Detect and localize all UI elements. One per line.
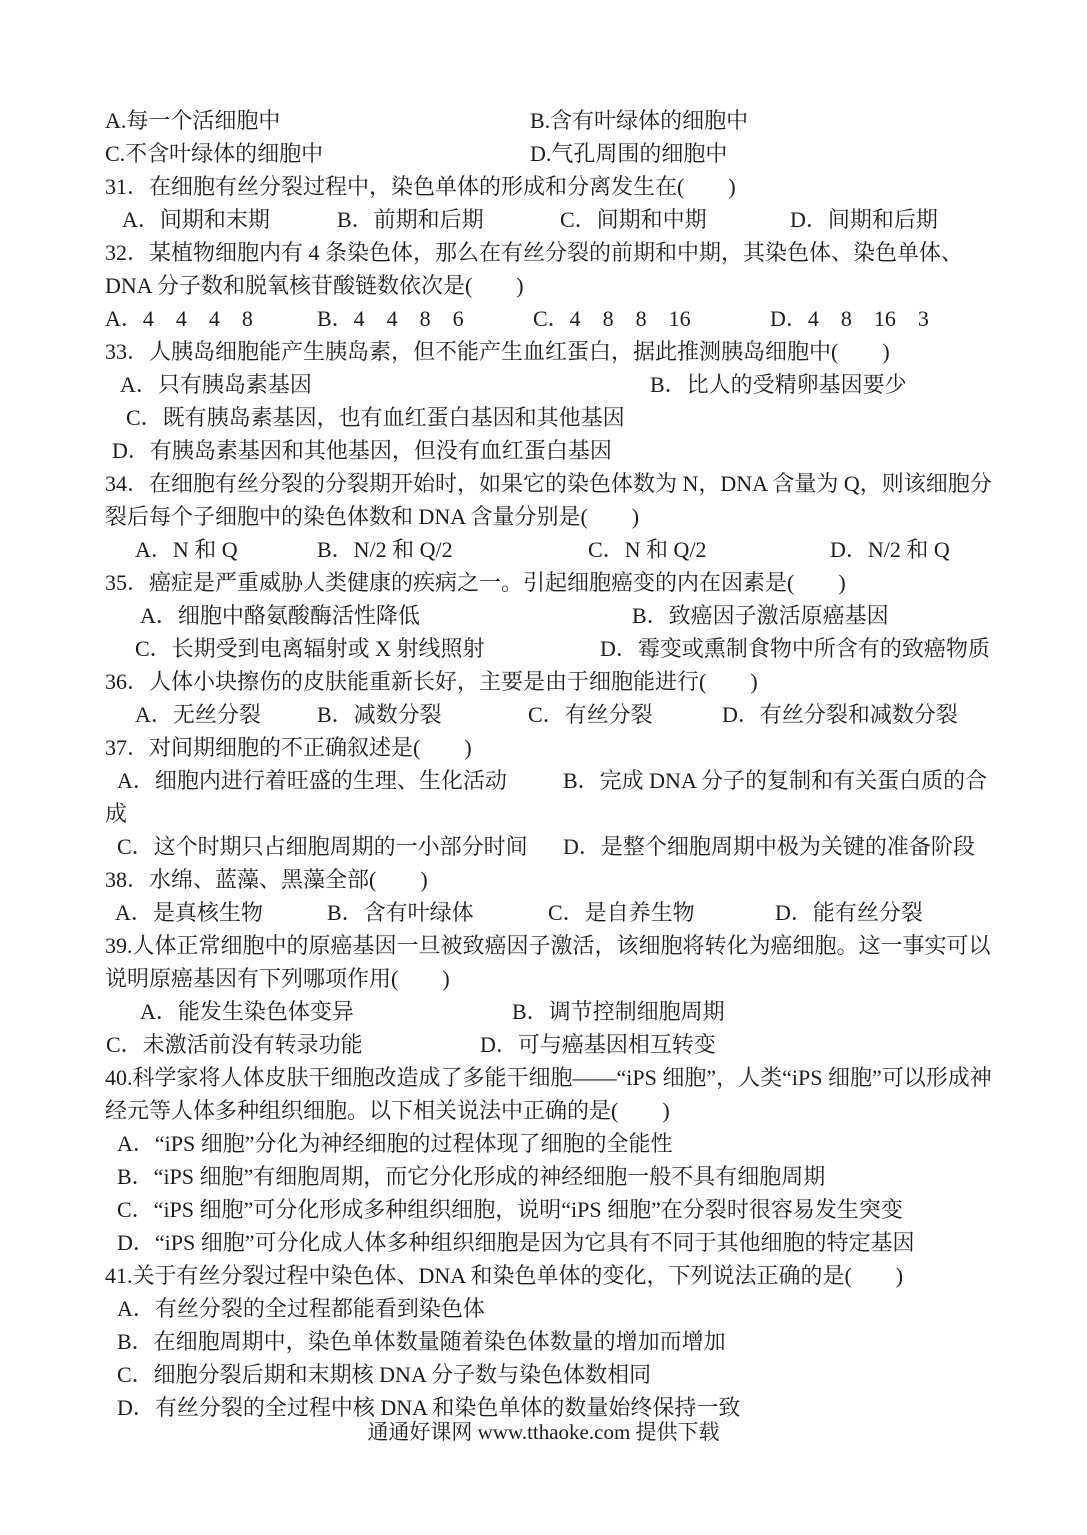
exam-page: A.每一个活细胞中B.含有叶绿体的细胞中C.不含叶绿体的细胞中D.气孔周围的细胞… [0, 0, 1087, 1535]
option-d: D．能有丝分裂 [775, 896, 923, 929]
option-c: C．未激活前没有转录功能 [106, 1028, 363, 1061]
option-a: A．只有胰岛素基因 [120, 368, 312, 401]
option-d: D．是整个细胞周期中极为关键的准备阶段 [563, 830, 975, 863]
question-stem: 36．人体小块擦伤的皮肤能重新长好，主要是由于细胞能进行( ) [105, 665, 758, 698]
option-a: A．N 和 Q [135, 533, 238, 566]
option-c: C．N 和 Q/2 [588, 533, 707, 566]
option-c: C．这个时期只占细胞周期的一小部分时间 [117, 830, 528, 863]
option-c: C．既有胰岛素基因，也有血红蛋白基因和其他基因 [126, 401, 625, 434]
stem-continuation: DNA 分子数和脱氧核苷酸链数依次是( ) [105, 269, 524, 302]
question-stem: 35．癌症是严重威胁人类健康的疾病之一。引起细胞癌变的内在因素是( ) [105, 566, 846, 599]
question-stem: 38．水绵、蓝藻、黑藻全部( ) [105, 863, 428, 896]
option-a: A．无丝分裂 [135, 698, 261, 731]
option-a: A．能发生染色体变异 [140, 995, 354, 1028]
option-b: B．调节控制细胞周期 [512, 995, 725, 1028]
option-d: D．N/2 和 Q [830, 533, 950, 566]
option-a: A.每一个活细胞中 [105, 104, 280, 137]
stem-continuation: 经元等人体多种组织细胞。以下相关说法中正确的是( ) [105, 1094, 670, 1127]
option-b: B．N/2 和 Q/2 [317, 533, 453, 566]
option-c: C．4 8 8 16 [533, 302, 691, 335]
option-d: D.气孔周围的细胞中 [530, 137, 727, 170]
stem-continuation: 裂后每个子细胞中的染色体数和 DNA 含量分别是( ) [105, 500, 639, 533]
stem-continuation: 成 [105, 797, 127, 830]
option-d: D．间期和后期 [790, 203, 938, 236]
option-a: A．有丝分裂的全过程都能看到染色体 [117, 1292, 485, 1325]
question-stem: 32．某植物细胞内有 4 条染色体，那么在有丝分裂的前期和中期，其染色体、染色单… [105, 236, 963, 269]
question-stem: 39.人体正常细胞中的原癌基因一旦被致癌因子激活，该细胞将转化为癌细胞。这一事实… [105, 929, 991, 962]
option-b: B．前期和后期 [337, 203, 484, 236]
question-stem: 31．在细胞有丝分裂过程中，染色单体的形成和分离发生在( ) [105, 170, 736, 203]
stem-continuation: 说明原癌基因有下列哪项作用( ) [105, 962, 450, 995]
option-b: B.含有叶绿体的细胞中 [530, 104, 748, 137]
option-c: C．是自养生物 [548, 896, 695, 929]
option-a: A．细胞中酪氨酸酶活性降低 [140, 599, 420, 632]
option-d: D．有丝分裂和减数分裂 [722, 698, 958, 731]
option-d: D．可与癌基因相互转变 [480, 1028, 716, 1061]
option-b: B．含有叶绿体 [327, 896, 474, 929]
option-c: C．“iPS 细胞”可分化形成多种组织细胞，说明“iPS 细胞”在分裂时很容易发… [117, 1193, 903, 1226]
option-a: A．细胞内进行着旺盛的生理、生化活动 [117, 764, 507, 797]
page-footer: 通通好课网 www.tthaoke.com 提供下载 [0, 1417, 1087, 1447]
option-d: D．“iPS 细胞”可分化成人体多种组织细胞是因为它具有不同于其他细胞的特定基因 [117, 1226, 915, 1259]
option-b: B．4 4 8 6 [317, 302, 464, 335]
option-c: C.不含叶绿体的细胞中 [105, 137, 323, 170]
option-b: B．在细胞周期中，染色单体数量随着染色体数量的增加而增加 [117, 1325, 726, 1358]
option-c: C．长期受到电离辐射或 X 射线照射 [135, 632, 485, 665]
option-b: B．减数分裂 [317, 698, 442, 731]
option-b: B．完成 DNA 分子的复制和有关蛋白质的合 [563, 764, 987, 797]
question-stem: 37．对间期细胞的不正确叙述是( ) [105, 731, 472, 764]
option-b: B．比人的受精卵基因要少 [650, 368, 907, 401]
question-stem: 33．人胰岛细胞能产生胰岛素，但不能产生血红蛋白，据此推测胰岛细胞中( ) [105, 335, 890, 368]
option-c: C．间期和中期 [560, 203, 707, 236]
question-stem: 41.关于有丝分裂过程中染色体、DNA 和染色单体的变化，下列说法正确的是( ) [105, 1259, 903, 1292]
option-b: B．致癌因子激活原癌基因 [632, 599, 889, 632]
option-d: D．有胰岛素基因和其他基因，但没有血红蛋白基因 [112, 434, 612, 467]
option-a: A．是真核生物 [115, 896, 263, 929]
option-c: C．细胞分裂后期和末期核 DNA 分子数与染色体数相同 [117, 1358, 651, 1391]
option-d: D．霉变或熏制食物中所含有的致癌物质 [600, 632, 990, 665]
option-a: A．“iPS 细胞”分化为神经细胞的过程体现了细胞的全能性 [117, 1127, 673, 1160]
question-stem: 34．在细胞有丝分裂的分裂期开始时，如果它的染色体数为 N，DNA 含量为 Q，… [105, 467, 992, 500]
question-stem: 40.科学家将人体皮肤干细胞改造成了多能干细胞——“iPS 细胞”，人类“iPS… [105, 1061, 992, 1094]
option-b: B．“iPS 细胞”有细胞周期，而它分化形成的神经细胞一般不具有细胞周期 [117, 1160, 825, 1193]
option-c: C．有丝分裂 [528, 698, 653, 731]
option-a: A．间期和末期 [122, 203, 270, 236]
footer-text: 通通好课网 www.tthaoke.com 提供下载 [367, 1420, 719, 1444]
option-d: D．4 8 16 3 [770, 302, 929, 335]
option-a: A．4 4 4 8 [105, 302, 253, 335]
